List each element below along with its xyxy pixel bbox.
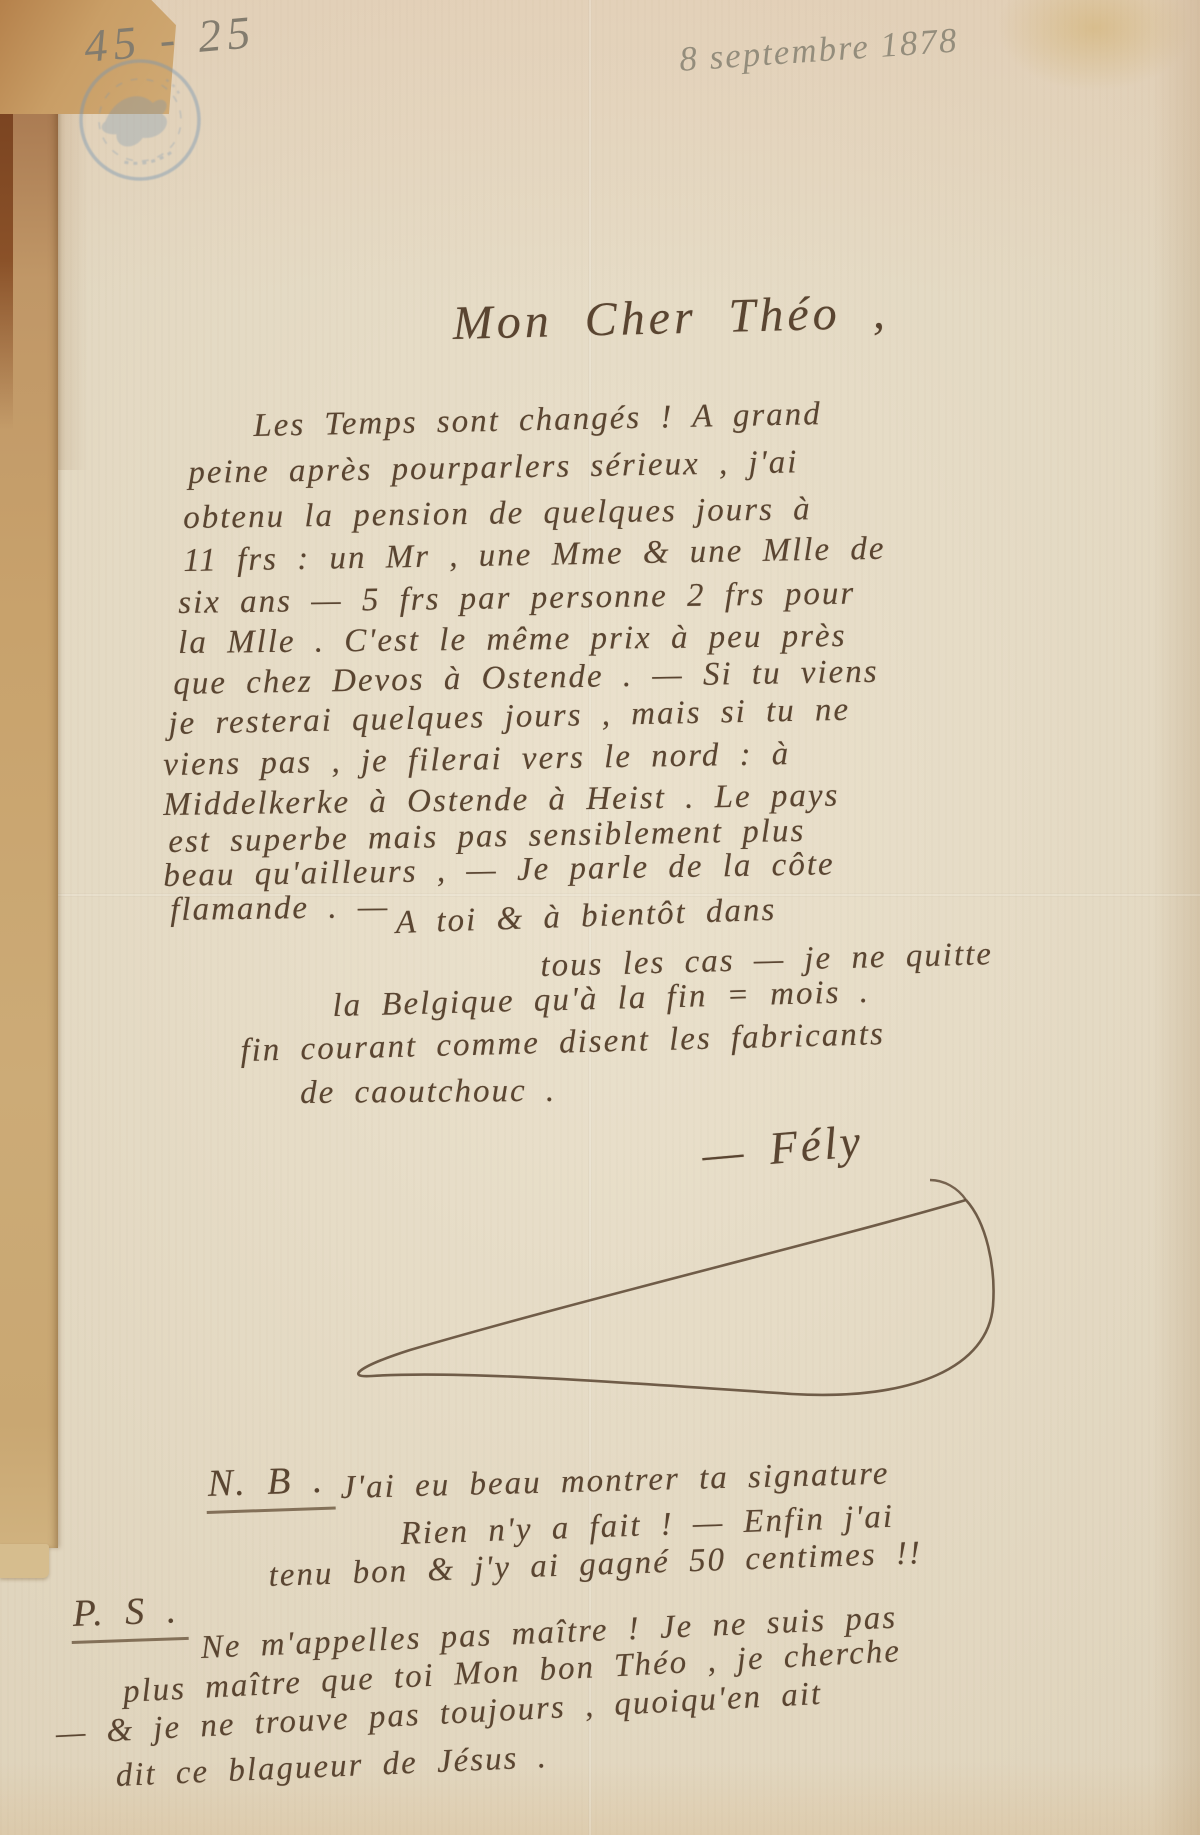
ps-line: dit ce blagueur de Jésus . xyxy=(115,1739,549,1795)
date-annotation: 8 septembre 1878 xyxy=(678,20,960,79)
letter-line: la Belgique qu'à la fin = mois . xyxy=(332,974,870,1025)
letter-line: Les Temps sont changés ! A grand xyxy=(253,396,822,445)
letter-line: A toi & à bientôt dans xyxy=(395,892,777,942)
nb-label: N. B . xyxy=(205,1458,335,1514)
letter-line: 11 frs : un Mr , une Mme & une Mlle de xyxy=(183,531,886,580)
letter-line: flamande . — xyxy=(170,889,389,929)
tape-end-patch xyxy=(0,1544,49,1578)
letter-line: obtenu la pension de quelques jours à xyxy=(183,491,812,537)
signature-flourish xyxy=(330,1178,1020,1428)
nb-line: J'ai eu beau montrer ta signature xyxy=(340,1456,890,1507)
salutation: Mon Cher Théo , xyxy=(452,285,889,351)
letter-line: six ans — 5 frs par personne 2 frs pour xyxy=(178,576,855,622)
letter-line: viens pas , je filerai vers le nord : à xyxy=(163,736,791,784)
letter-line: peine après pourparlers sérieux , j'ai xyxy=(188,444,799,492)
letter-page: 45 - 25 8 septembre 1878 Mon Cher Théo ,… xyxy=(0,0,1200,1835)
ps-label: P. S . xyxy=(70,1588,189,1644)
signature: — Fély xyxy=(700,1114,865,1181)
letter-line: de caoutchouc . xyxy=(300,1073,556,1112)
